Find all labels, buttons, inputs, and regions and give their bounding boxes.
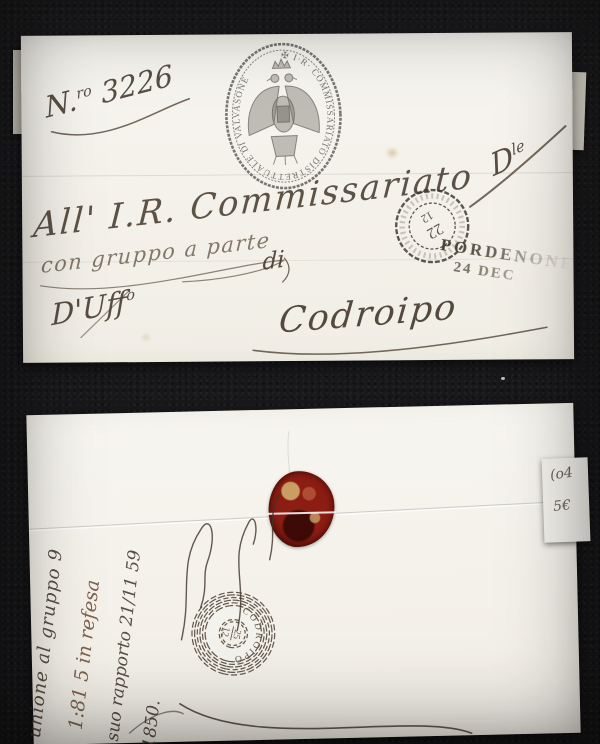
photo-background: N.ro 3226 ✠ I·R· COMMISSARIATO DISTRETTU… xyxy=(0,0,600,744)
price-line: 5€ xyxy=(552,497,571,515)
letter-back: CODROIPO 25 12 unione al gruppo 9 1:81 5… xyxy=(26,403,580,744)
price-line: (o4 xyxy=(549,465,574,484)
dust-speck xyxy=(501,377,505,380)
handwriting-flourishes xyxy=(21,32,574,363)
price-tag: (o4 5€ xyxy=(542,457,591,543)
handwriting-scribbles xyxy=(26,403,580,744)
letter-front: N.ro 3226 ✠ I·R· COMMISSARIATO DISTRETTU… xyxy=(21,32,574,363)
